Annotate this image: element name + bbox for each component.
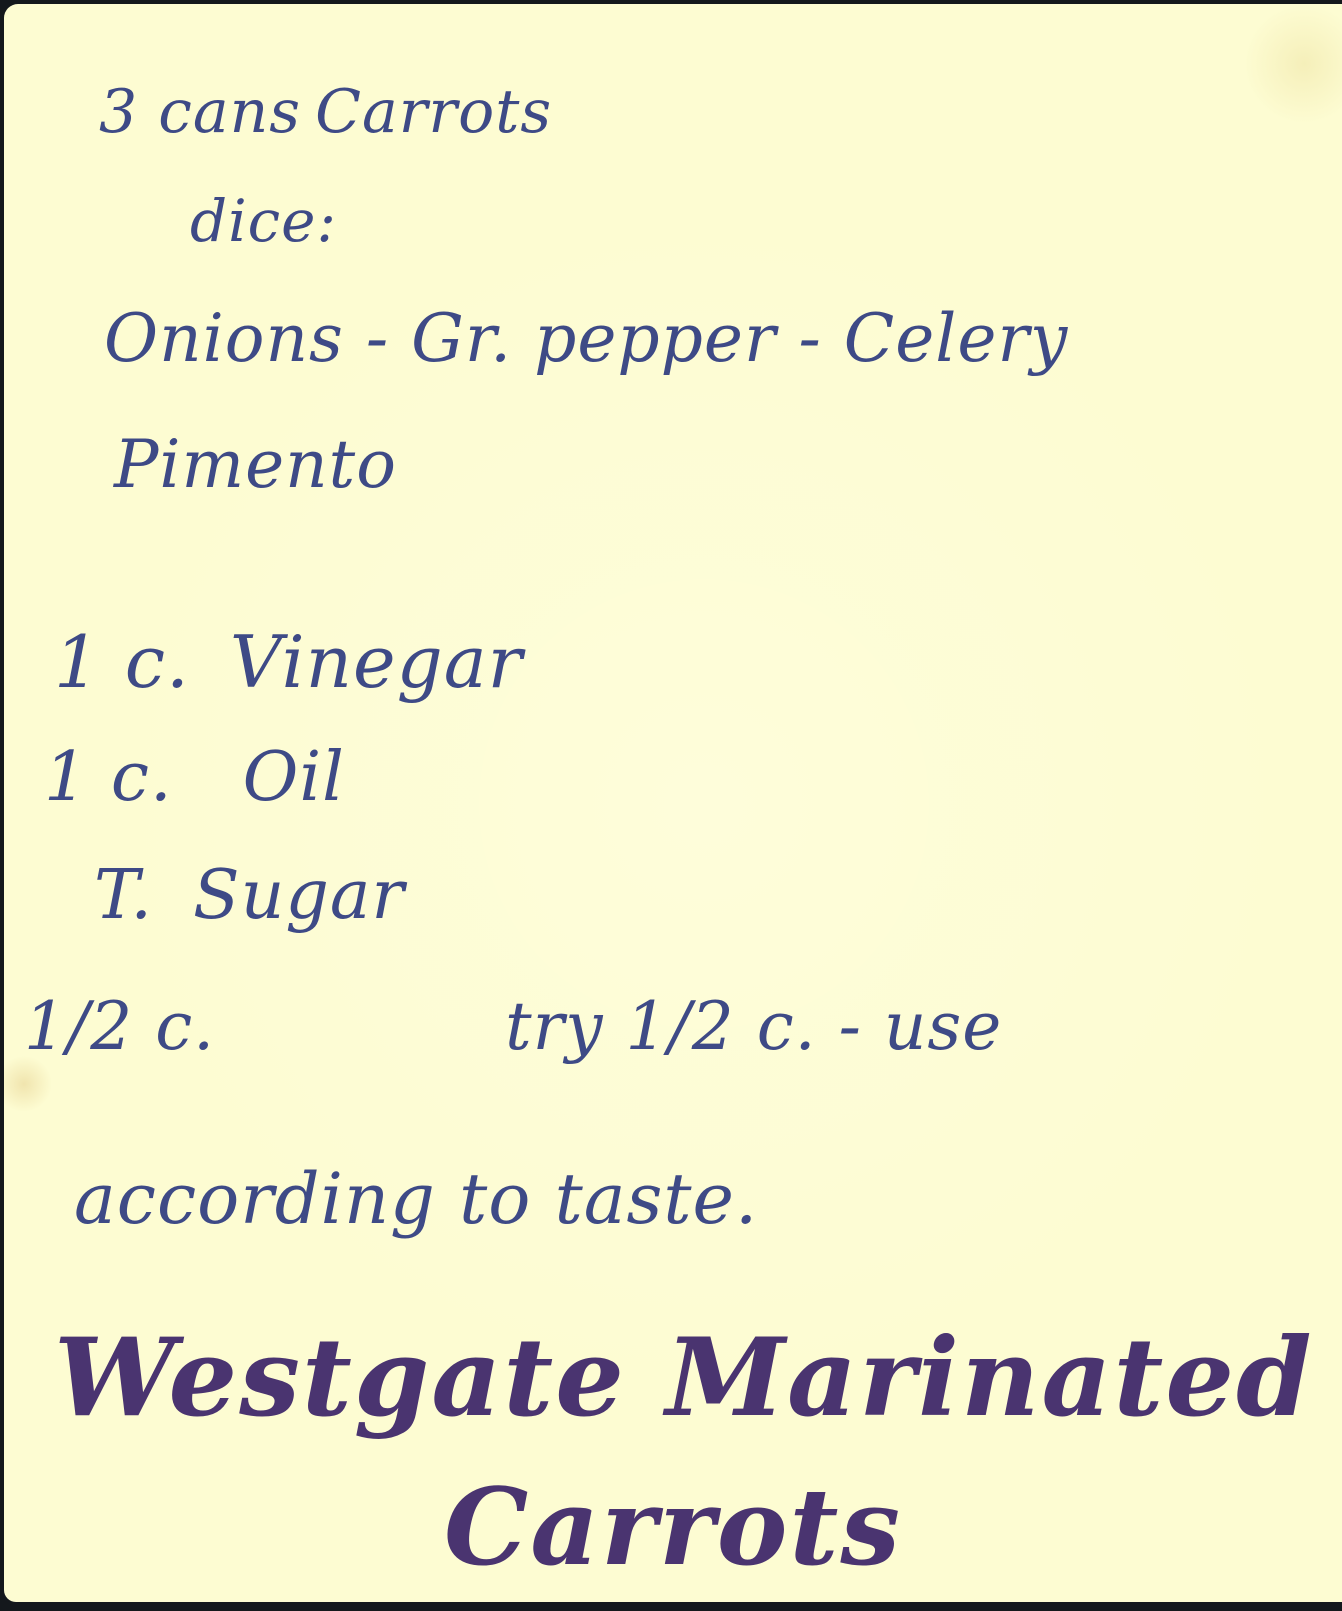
note-text: according to taste. bbox=[74, 1158, 758, 1240]
recipe-title: Westgate Marinated bbox=[54, 1324, 1314, 1432]
ingredient-text: Onions - Gr. pepper - Celery bbox=[104, 300, 1068, 377]
ingredient-line-vinegar: 1 c.Vinegar bbox=[54, 626, 523, 698]
ingredient-line-sugar: T.Sugar bbox=[94, 862, 405, 930]
recipe-title-line1: Westgate Marinated bbox=[54, 1315, 1314, 1441]
recipe-title-line2: Carrots bbox=[444, 1464, 902, 1589]
instruction-text: dice: bbox=[190, 187, 337, 255]
ingredient-quantity: 1/2 c. bbox=[24, 994, 215, 1060]
ingredient-text: Carrots bbox=[315, 77, 552, 147]
ingredient-text: Vinegar bbox=[230, 620, 523, 704]
ingredient-line-sugar-amount: 1/2 c.try 1/2 c. - use bbox=[24, 994, 1002, 1060]
ingredient-text: Oil bbox=[243, 738, 345, 817]
ingredient-quantity: 1 c. bbox=[44, 744, 173, 812]
ingredient-line-pimento: Pimento bbox=[114, 432, 397, 498]
recipe-card: 3 cansCarrots dice: Onions - Gr. pepper … bbox=[4, 4, 1342, 1602]
ingredient-quantity: T. bbox=[94, 862, 153, 930]
ingredient-text: Pimento bbox=[114, 426, 397, 503]
ingredient-quantity: 1 c. bbox=[54, 626, 190, 698]
instruction-dice: dice: bbox=[190, 192, 337, 250]
ingredient-text: Sugar bbox=[193, 856, 405, 935]
ingredient-line-oil: 1 c.Oil bbox=[44, 744, 345, 812]
ingredient-line-vegetables: Onions - Gr. pepper - Celery bbox=[104, 306, 1068, 372]
ingredient-line-carrots: 3 cansCarrots bbox=[99, 82, 552, 142]
ingredient-quantity: 3 cans bbox=[99, 82, 301, 142]
note-line-taste: according to taste. bbox=[74, 1164, 758, 1234]
recipe-title-continued: Carrots bbox=[444, 1474, 902, 1580]
note-text: try 1/2 c. - use bbox=[505, 988, 1002, 1065]
